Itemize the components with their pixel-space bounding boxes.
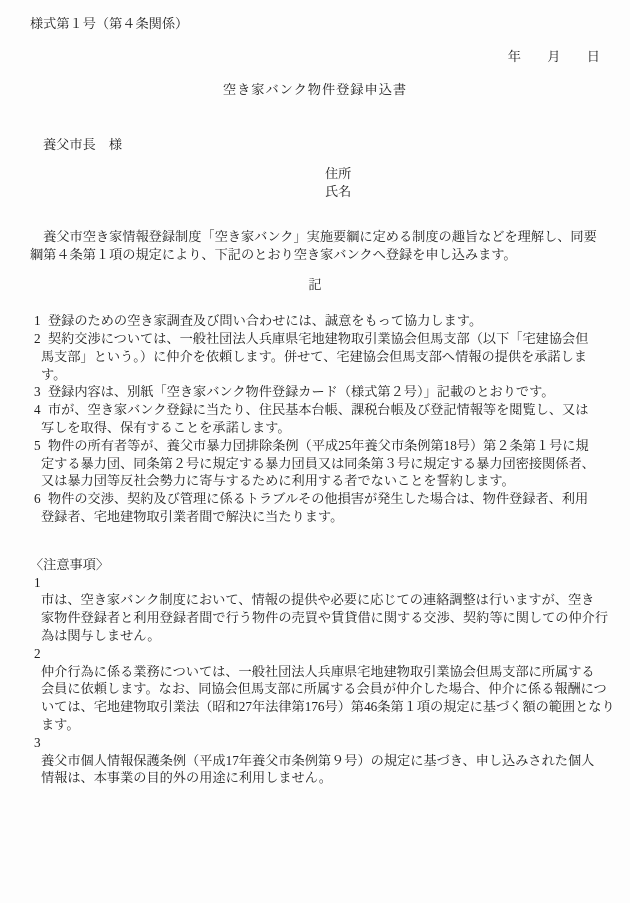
note-text: 仲介行為に係る業務については、一般社団法人兵庫県宅地建物取引業協会但馬支部に所属… <box>41 664 615 732</box>
term-number: 1 <box>34 312 48 330</box>
term-text: 物件の所有者等が、養父市暴力団排除条例（平成25年養父市条例第18号）第２条第１… <box>41 438 595 489</box>
addressee-line: 養父市長 様 <box>30 136 600 154</box>
term-number: 3 <box>34 383 48 401</box>
date-line: 年 月 日 <box>30 48 600 66</box>
term-number: 4 <box>34 401 48 419</box>
term-text: 登録のための空き家調査及び問い合わせには、誠意をもって協力します。 <box>48 313 482 328</box>
term-item: 1登録のための空き家調査及び問い合わせには、誠意をもって協力します。 <box>30 312 600 330</box>
term-number: 5 <box>34 437 48 455</box>
document-page: { "doc": { "form_label": "様式第１号（第４条関係）",… <box>0 0 630 903</box>
term-number: 6 <box>34 490 48 508</box>
form-number-label: 様式第１号（第４条関係） <box>30 15 600 33</box>
note-text: 養父市個人情報保護条例（平成17年養父市条例第９号）の規定に基づき、申し込みされ… <box>41 753 594 786</box>
term-item: 2契約交渉については、一般社団法人兵庫県宅地建物取引業協会但馬支部（以下「宅建協… <box>30 330 600 383</box>
intro-paragraph: 養父市空き家情報登録制度「空き家バンク」実施要綱に定める制度の趣旨などを理解し、… <box>30 228 600 264</box>
document-title: 空き家バンク物件登録申込書 <box>30 81 600 99</box>
term-text: 物件の交渉、契約及び管理に係るトラブルその他損害が発生した場合は、物件登録者、利… <box>41 491 588 524</box>
note-number: 1 <box>34 574 48 592</box>
note-number: 2 <box>34 645 48 663</box>
notes-heading: 〈注意事項〉 <box>30 556 600 574</box>
term-item: 3登録内容は、別紙「空き家バンク物件登録カード（様式第２号）」記載のとおりです。 <box>30 383 600 401</box>
record-marker: 記 <box>30 276 600 294</box>
note-number: 3 <box>34 734 48 752</box>
address-label: 住所 <box>325 165 600 183</box>
term-text: 契約交渉については、一般社団法人兵庫県宅地建物取引業協会但馬支部（以下「宅建協会… <box>41 331 588 382</box>
term-item: 4市が、空き家バンク登録に当たり、住民基本台帳、課税台帳及び登記情報等を閲覧し、… <box>30 401 600 437</box>
term-item: 6物件の交渉、契約及び管理に係るトラブルその他損害が発生した場合は、物件登録者、… <box>30 490 600 526</box>
name-label: 氏名 <box>325 183 600 201</box>
terms-list: 1登録のための空き家調査及び問い合わせには、誠意をもって協力します。 2契約交渉… <box>30 312 600 526</box>
note-item: 1市は、空き家バンク制度において、情報の提供や必要に応じての連絡調整は行いますが… <box>30 574 600 645</box>
term-text: 市が、空き家バンク登録に当たり、住民基本台帳、課税台帳及び登記情報等を閲覧し、又… <box>41 402 588 435</box>
notes-list: 1市は、空き家バンク制度において、情報の提供や必要に応じての連絡調整は行いますが… <box>30 574 600 788</box>
note-item: 3養父市個人情報保護条例（平成17年養父市条例第９号）の規定に基づき、申し込みさ… <box>30 734 600 787</box>
applicant-block: 住所 氏名 <box>30 165 600 201</box>
term-item: 5物件の所有者等が、養父市暴力団排除条例（平成25年養父市条例第18号）第２条第… <box>30 437 600 490</box>
term-number: 2 <box>34 330 48 348</box>
term-text: 登録内容は、別紙「空き家バンク物件登録カード（様式第２号）」記載のとおりです。 <box>48 384 554 399</box>
note-text: 市は、空き家バンク制度において、情報の提供や必要に応じての連絡調整は行いますが、… <box>41 592 608 643</box>
note-item: 2仲介行為に係る業務については、一般社団法人兵庫県宅地建物取引業協会但馬支部に所… <box>30 645 600 734</box>
